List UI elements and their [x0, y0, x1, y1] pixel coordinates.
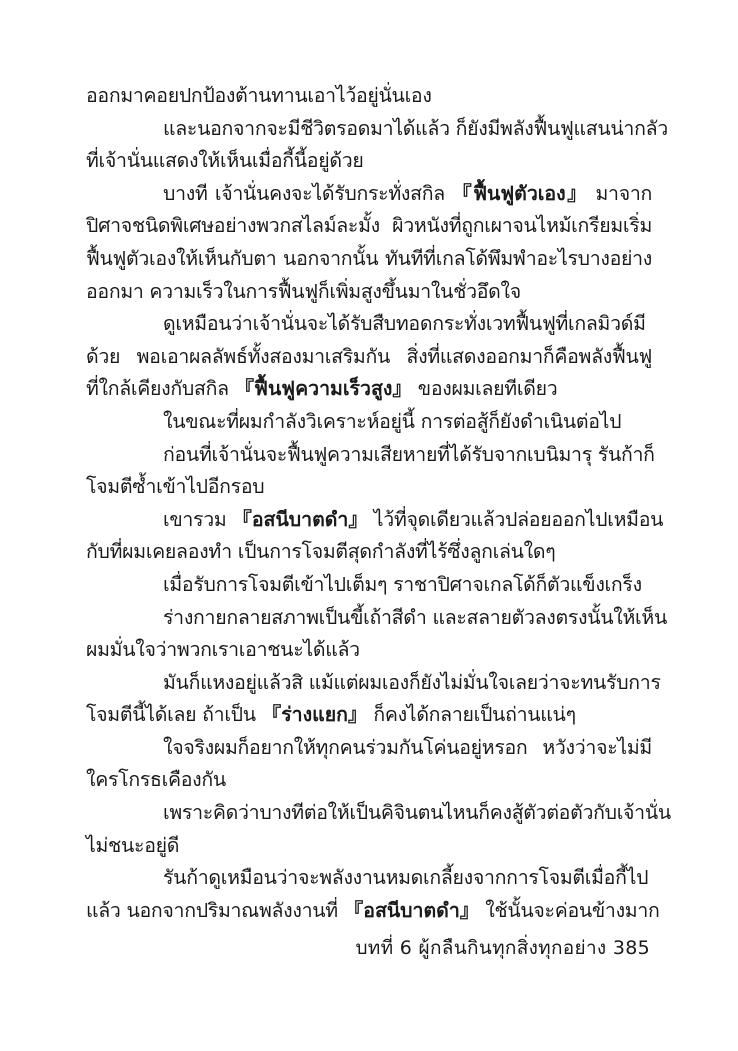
text-line: กับที่ผมเคยลองทำ เป็นการโจมตีสุดกำลังที่…: [86, 536, 652, 569]
text-line: แล้ว นอกจากปริมาณพลังงานที่ 『อสนีบาตดำ』 …: [86, 895, 652, 928]
line-text: ที่เจ้านั่นแสดงให้เห็นเมื่อกี้นี้อยู่ด้ว…: [86, 149, 363, 172]
text-line: และนอกจากจะมีชีวิตรอดมาได้แล้ว ก็ยังมีพล…: [86, 113, 652, 146]
line-text: ที่ใกล้เคียงกับสกิล: [86, 377, 235, 400]
line-text: โจมตีนี้ได้เลย ถ้าเป็น: [86, 703, 262, 726]
line-text: ไม่ชนะอยู่ดี: [86, 834, 179, 857]
line-text: ออกมาคอยปกป้องต้านทานเอาไว้อยู่นั่นเอง: [86, 84, 432, 107]
text-line: ไม่ชนะอยู่ดี: [86, 830, 652, 863]
text-line: ก่อนที่เจ้านั่นจะฟื้นฟูความเสียหายที่ได้…: [86, 439, 652, 472]
line-text: และนอกจากจะมีชีวิตรอดมาได้แล้ว ก็ยังมีพล…: [163, 117, 668, 140]
skill-name: 『อสนีบาตดำ』: [232, 508, 368, 531]
text-line: เขารวม 『อสนีบาตดำ』 ไว้ที่จุดเดียวแล้วปล่…: [86, 504, 652, 537]
line-text: ในขณะที่ผมกำลังวิเคราะห์อยู่นี้ การต่อสู…: [163, 410, 621, 433]
line-text: มาจาก: [588, 182, 652, 205]
line-text: ของผมเลยทีเดียว: [412, 377, 557, 400]
page-body: ออกมาคอยปกป้องต้านทานเอาไว้อยู่นั่นเอง แ…: [86, 80, 652, 927]
line-text: รันก้าดูเหมือนว่าจะพลังงานหมดเกลี้ยงจากก…: [163, 866, 648, 889]
text-line: ออกมาคอยปกป้องต้านทานเอาไว้อยู่นั่นเอง: [86, 80, 652, 113]
text-line: เพราะคิดว่าบางทีต่อให้เป็นคิจินตนไหนก็คง…: [86, 797, 652, 830]
line-text: ผมมั่นใจว่าพวกเราเอาชนะได้แล้ว: [86, 638, 360, 661]
text-line: มันก็แหงอยู่แล้วสิ แม้แต่ผมเองก็ยังไม่มั…: [86, 667, 652, 700]
line-text: ดูเหมือนว่าเจ้านั่นจะได้รับสืบทอดกระทั่ง…: [163, 312, 646, 335]
text-line: ที่เจ้านั่นแสดงให้เห็นเมื่อกี้นี้อยู่ด้ว…: [86, 145, 652, 178]
line-text: ไว้ที่จุดเดียวแล้วปล่อยออกไปเหมือน: [368, 508, 663, 531]
line-text: ใจจริงผมก็อยากให้ทุกคนร่วมกันโค่นอยู่หรอ…: [163, 736, 652, 759]
line-text: ออกมา ความเร็วในการฟื้นฟูก็เพิ่มสูงขึ้นม…: [86, 280, 521, 303]
text-line: เมื่อรับการโจมตีเข้าไปเต็มๆ ราชาปิศาจเกล…: [86, 569, 652, 602]
text-line: บางที เจ้านั่นคงจะได้รับกระทั่งสกิล 『ฟื้…: [86, 178, 652, 211]
line-text: มันก็แหงอยู่แล้วสิ แม้แต่ผมเองก็ยังไม่มั…: [163, 671, 661, 694]
line-text: เขารวม: [163, 508, 232, 531]
text-line: ปิศาจชนิดพิเศษอย่างพวกสไลม์ละมั้ง ผิวหนั…: [86, 210, 652, 243]
skill-name: 『ฟื้นฟูตัวเอง』: [452, 182, 588, 205]
text-line: รันก้าดูเหมือนว่าจะพลังงานหมดเกลี้ยงจากก…: [86, 862, 652, 895]
page-footer: บทที่ 6 ผู้กลืนกินทุกสิ่งทุกอย่าง 385: [355, 933, 650, 963]
line-text: โจมตีซ้ำเข้าไปอีกรอบ: [86, 475, 264, 498]
line-text: ก็คงได้กลายเป็นถ่านแน่ๆ: [367, 703, 575, 726]
line-text: ด้วย พอเอาผลลัพธ์ทั้งสองมาเสริมกัน สิ่งท…: [86, 345, 652, 368]
line-text: ใครโกรธเคืองกัน: [86, 768, 226, 791]
text-line: ใครโกรธเคืองกัน: [86, 764, 652, 797]
skill-name: 『ร่างแยก』: [262, 703, 368, 726]
text-line: ที่ใกล้เคียงกับสกิล 『ฟื้นฟูความเร็วสูง』 …: [86, 373, 652, 406]
line-text: เมื่อรับการโจมตีเข้าไปเต็มๆ ราชาปิศาจเกล…: [163, 573, 642, 596]
text-line: ใจจริงผมก็อยากให้ทุกคนร่วมกันโค่นอยู่หรอ…: [86, 732, 652, 765]
line-text: ใช้นั้นจะค่อนข้างมาก: [479, 899, 659, 922]
line-text: ฟื้นฟูตัวเองให้เห็นกับตา นอกจากนั้น ทันท…: [86, 247, 652, 270]
line-text: ก่อนที่เจ้านั่นจะฟื้นฟูความเสียหายที่ได้…: [163, 443, 655, 466]
line-text: แล้ว นอกจากปริมาณพลังงานที่: [86, 899, 344, 922]
text-line: ออกมา ความเร็วในการฟื้นฟูก็เพิ่มสูงขึ้นม…: [86, 276, 652, 309]
text-line: ฟื้นฟูตัวเองให้เห็นกับตา นอกจากนั้น ทันท…: [86, 243, 652, 276]
line-text: ร่างกายกลายสภาพเป็นขี้เถ้าสีดำ และสลายตั…: [163, 606, 667, 629]
text-line: โจมตีนี้ได้เลย ถ้าเป็น 『ร่างแยก』 ก็คงได้…: [86, 699, 652, 732]
text-line: โจมตีซ้ำเข้าไปอีกรอบ: [86, 471, 652, 504]
line-text: เพราะคิดว่าบางทีต่อให้เป็นคิจินตนไหนก็คง…: [163, 801, 671, 824]
text-line: ด้วย พอเอาผลลัพธ์ทั้งสองมาเสริมกัน สิ่งท…: [86, 341, 652, 374]
skill-name: 『ฟื้นฟูความเร็วสูง』: [235, 377, 412, 400]
text-line: ดูเหมือนว่าเจ้านั่นจะได้รับสืบทอดกระทั่ง…: [86, 308, 652, 341]
line-text: บางที เจ้านั่นคงจะได้รับกระทั่งสกิล: [163, 182, 452, 205]
text-line: ร่างกายกลายสภาพเป็นขี้เถ้าสีดำ และสลายตั…: [86, 602, 652, 635]
line-text: ปิศาจชนิดพิเศษอย่างพวกสไลม์ละมั้ง ผิวหนั…: [86, 214, 652, 237]
line-text: กับที่ผมเคยลองทำ เป็นการโจมตีสุดกำลังที่…: [86, 540, 555, 563]
text-line: ผมมั่นใจว่าพวกเราเอาชนะได้แล้ว: [86, 634, 652, 667]
skill-name: 『อสนีบาตดำ』: [344, 899, 480, 922]
text-line: ในขณะที่ผมกำลังวิเคราะห์อยู่นี้ การต่อสู…: [86, 406, 652, 439]
